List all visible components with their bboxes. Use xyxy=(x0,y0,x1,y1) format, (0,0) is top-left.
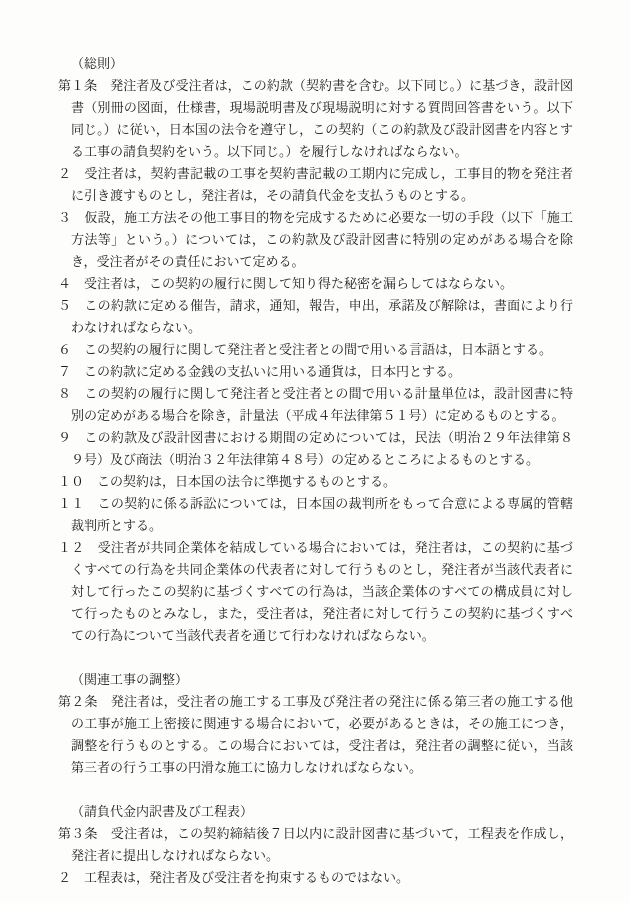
article-1-paragraph-12: １２ 受注者が共同企業体を結成している場合においては，発注者は，この契約に基づく… xyxy=(58,538,573,648)
article-1-paragraph-4: ４ 受注者は，この契約の履行に関して知り得た秘密を漏らしてはならない。 xyxy=(58,274,573,296)
section-heading: （関連工事の調整） xyxy=(58,670,573,692)
article-1-paragraph-10: １０ この契約は，日本国の法令に準拠するものとする。 xyxy=(58,472,573,494)
article-3-paragraph-2: ２ 工程表は，発注者及び受注者を拘束するものではない。 xyxy=(58,868,573,890)
contract-document-page: （総則） 第１条 発注者及び受注者は，この約款（契約書を含む。以下同じ。）に基づ… xyxy=(0,0,630,903)
article-1-paragraph-6: ６ この契約の履行に関して発注者と受注者との間で用いる言語は，日本語とする。 xyxy=(58,340,573,362)
section-cost-breakdown-and-schedule: （請負代金内訳書及び工程表） 第３条 受注者は，この契約締結後７日以内に設計図書… xyxy=(58,802,573,890)
article-1-paragraph-8: ８ この契約の履行に関して発注者と受注者との間で用いる計量単位は，設計図書に特別… xyxy=(58,384,573,428)
section-heading: （総則） xyxy=(58,54,573,76)
article-1-paragraph-2: ２ 受注者は，契約書記載の工事を契約書記載の工期内に完成し，工事目的物を発注者に… xyxy=(58,164,573,208)
article-1-paragraph-11: １１ この契約に係る訴訟については，日本国の裁判所をもって合意による専属的管轄裁… xyxy=(58,494,573,538)
article-1-paragraph-7: ７ この約款に定める金銭の支払いに用いる通貨は，日本円とする。 xyxy=(58,362,573,384)
article-1-paragraph-9: ９ この約款及び設計図書における期間の定めについては，民法（明治２９年法律第８９… xyxy=(58,428,573,472)
article-1-paragraph-5: ５ この約款に定める催告，請求，通知，報告，申出，承諾及び解除は，書面により行わ… xyxy=(58,296,573,340)
section-general-provisions: （総則） 第１条 発注者及び受注者は，この約款（契約書を含む。以下同じ。）に基づ… xyxy=(58,54,573,648)
article-2-paragraph-1: 第２条 発注者は，受注者の施工する工事及び発注者の発注に係る第三者の施工する他の… xyxy=(58,692,573,780)
article-3-paragraph-1: 第３条 受注者は，この契約締結後７日以内に設計図書に基づいて，工程表を作成し，発… xyxy=(58,824,573,868)
article-1-paragraph-3: ３ 仮設，施工方法その他工事目的物を完成するために必要な一切の手段（以下「施工方… xyxy=(58,208,573,274)
article-1-paragraph-1: 第１条 発注者及び受注者は，この約款（契約書を含む。以下同じ。）に基づき，設計図… xyxy=(58,76,573,164)
section-heading: （請負代金内訳書及び工程表） xyxy=(58,802,573,824)
section-related-works-adjustment: （関連工事の調整） 第２条 発注者は，受注者の施工する工事及び発注者の発注に係る… xyxy=(58,670,573,780)
